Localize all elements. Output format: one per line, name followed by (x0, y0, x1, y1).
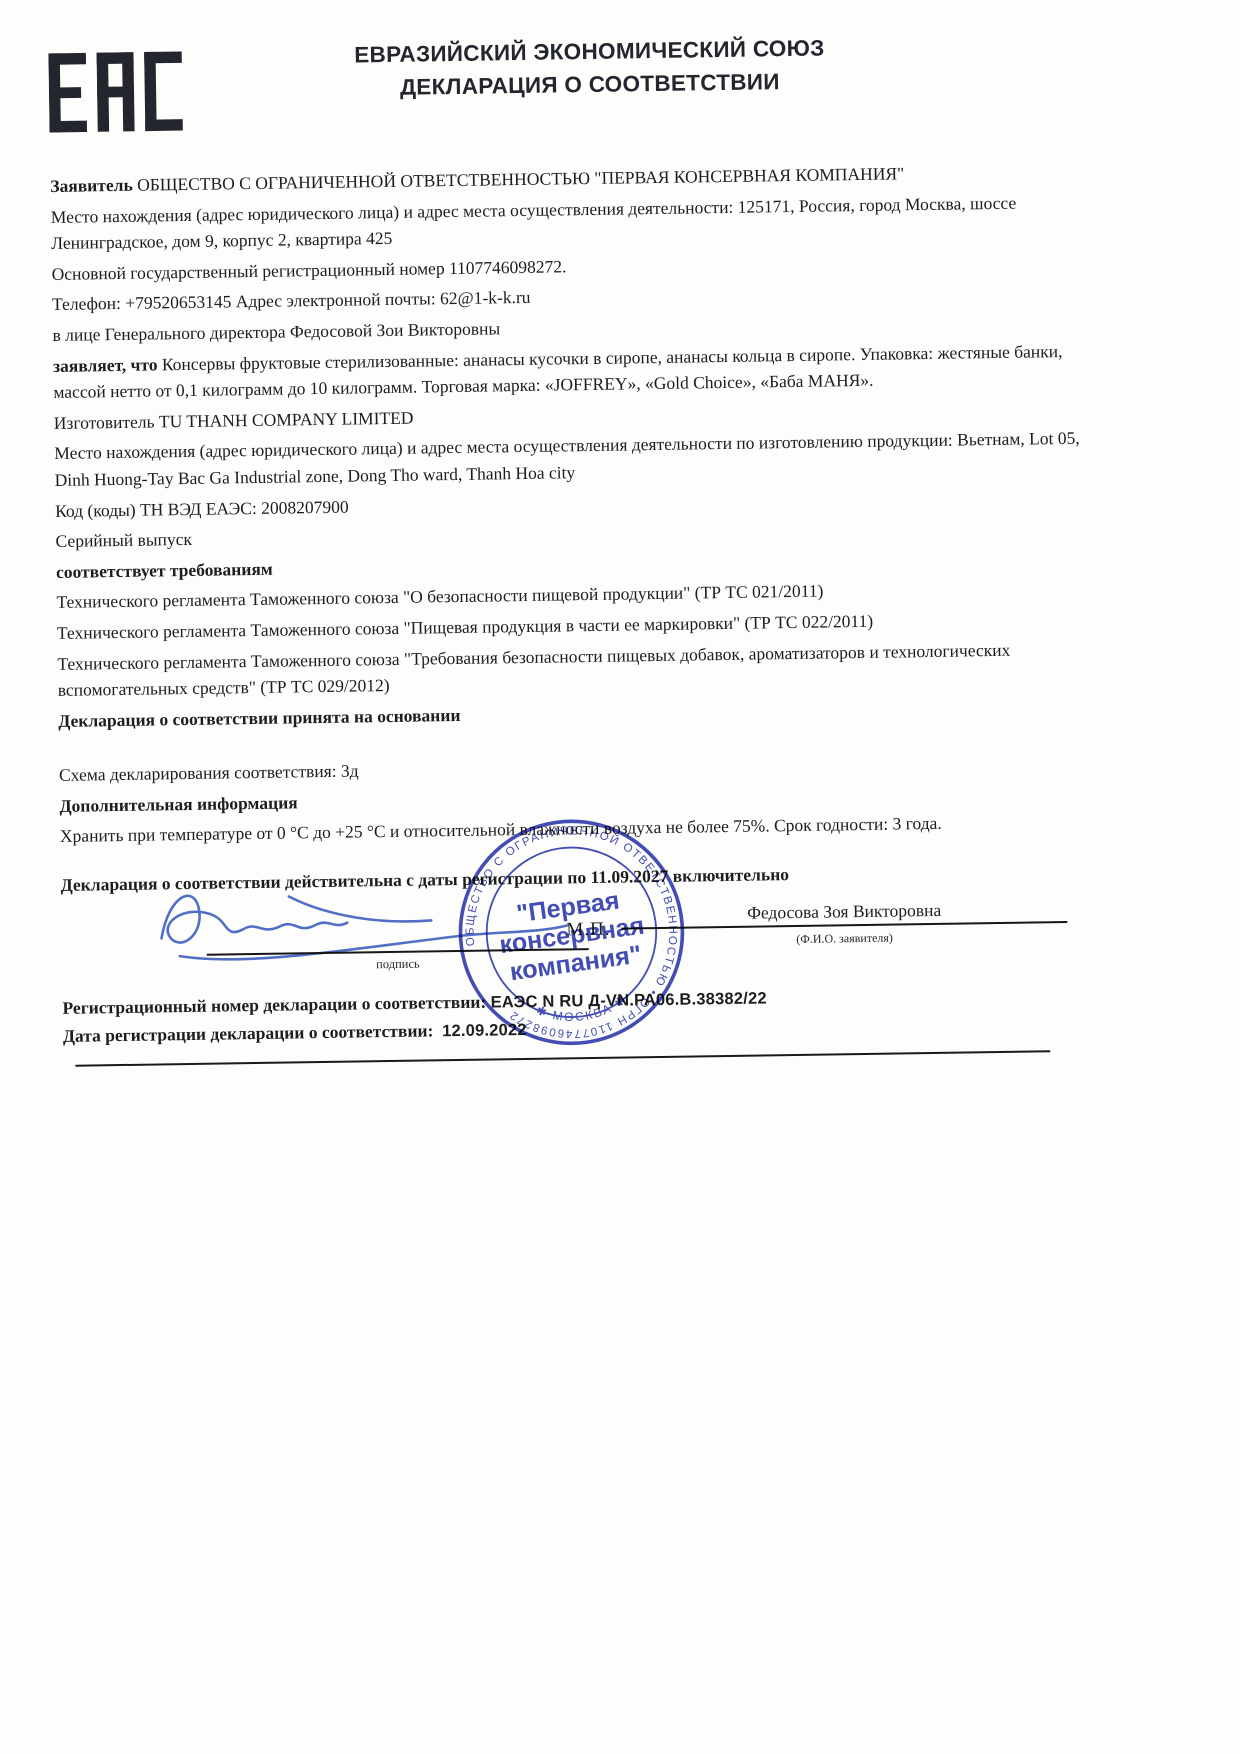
registration-date-label: Дата регистрации декларации о соответств… (63, 1021, 434, 1046)
product-description: Консервы фруктовые стерилизованные: анан… (53, 341, 1062, 403)
registration-number-label: Регистрационный номер декларации о соотв… (62, 992, 486, 1018)
regulation-029: Технического регламента Таможенного союз… (57, 635, 1110, 704)
applicant-label: Заявитель (50, 175, 133, 196)
bottom-rule (75, 1050, 1050, 1066)
product-paragraph: заявляет, что Консервы фруктовые стерили… (53, 337, 1106, 406)
signer-name-caption: (Ф.И.О. заявителя) (629, 926, 1059, 951)
company-round-stamp: ОБЩЕСТВО С ОГРАНИЧЕННОЙ ОТВЕТСТВЕННОСТЬЮ… (441, 802, 703, 1064)
document-body: Заявитель ОБЩЕСТВО С ОГРАНИЧЕННОЙ ОТВЕТС… (50, 157, 1115, 1066)
document-header: ЕВРАЗИЙСКИЙ ЭКОНОМИЧЕСКИЙ СОЮЗ ДЕКЛАРАЦИ… (48, 14, 1102, 157)
document-title: ЕВРАЗИЙСКИЙ ЭКОНОМИЧЕСКИЙ СОЮЗ ДЕКЛАРАЦИ… (198, 14, 1101, 107)
eac-conformity-mark-icon (48, 28, 200, 157)
declaration-document: ЕВРАЗИЙСКИЙ ЭКОНОМИЧЕСКИЙ СОЮЗ ДЕКЛАРАЦИ… (0, 0, 1240, 1754)
document-content: ЕВРАЗИЙСКИЙ ЭКОНОМИЧЕСКИЙ СОЮЗ ДЕКЛАРАЦИ… (48, 14, 1115, 1066)
manufacturer-label: Изготовитель (54, 411, 155, 432)
manufacturer-name: TU THANH COMPANY LIMITED (159, 407, 414, 431)
applicant-address: Место нахождения (адрес юридического лиц… (51, 188, 1104, 257)
signature-block: Декларация о соответствии действительна … (60, 856, 1114, 984)
applicant-name: ОБЩЕСТВО С ОГРАНИЧЕННОЙ ОТВЕТСТВЕННОСТЬЮ… (137, 163, 904, 194)
declares-label: заявляет, что (53, 354, 158, 376)
manufacturer-address: Место нахождения (адрес юридического лиц… (54, 425, 1107, 494)
